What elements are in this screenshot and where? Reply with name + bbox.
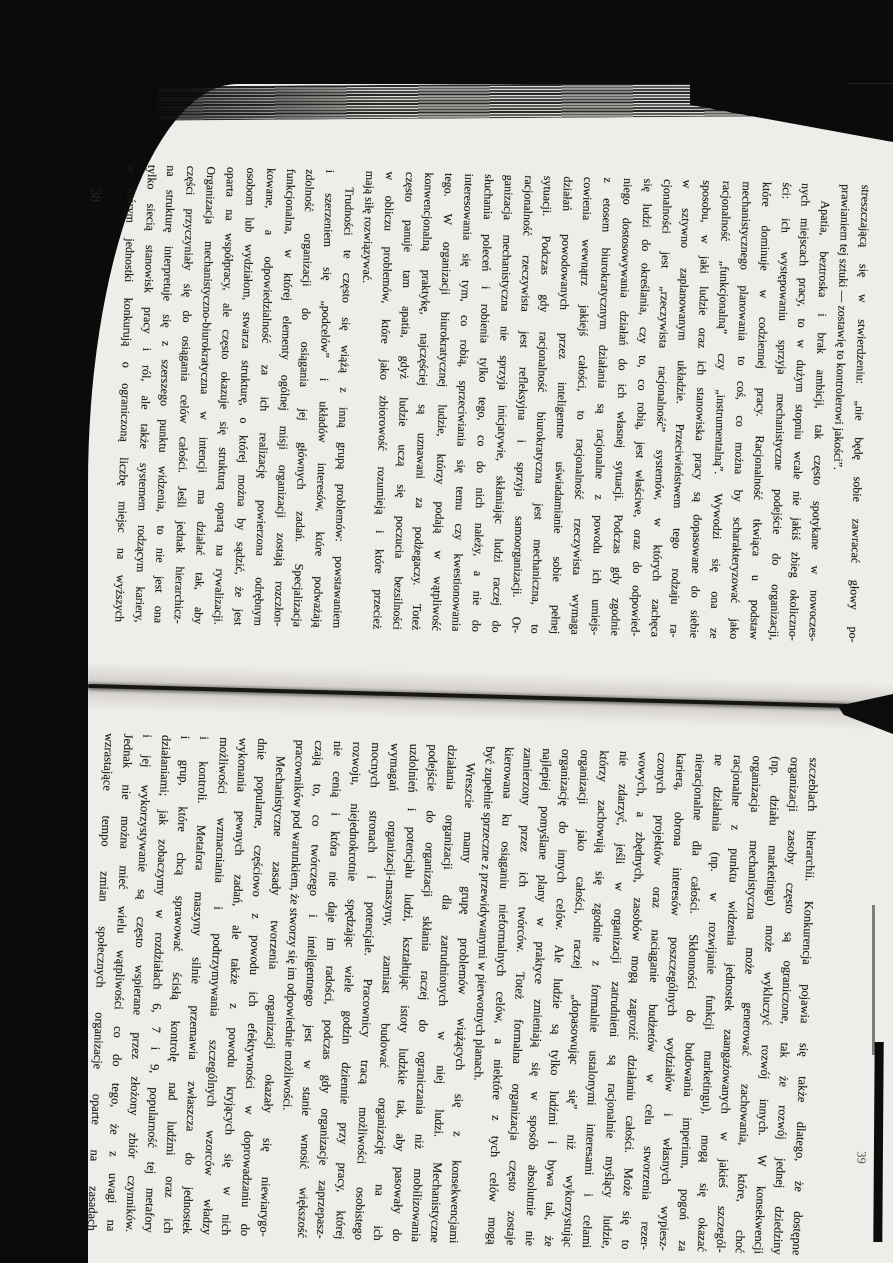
page-number-39: 39 (853, 1145, 868, 1169)
page-38-text-block: streszczającą się w stwierdzeniu: „nie b… (108, 164, 875, 643)
right-page-edge-bar (873, 1042, 883, 1242)
right-page-edge-thin-line (872, 905, 875, 1055)
page-number-38: 38 (88, 183, 103, 207)
page-39-text-block: szczeblach hierarchii. Konkurencja pojaw… (82, 733, 823, 1256)
scanned-book-spread: streszczającą się w stwierdzeniu: „nie b… (0, 0, 893, 1263)
